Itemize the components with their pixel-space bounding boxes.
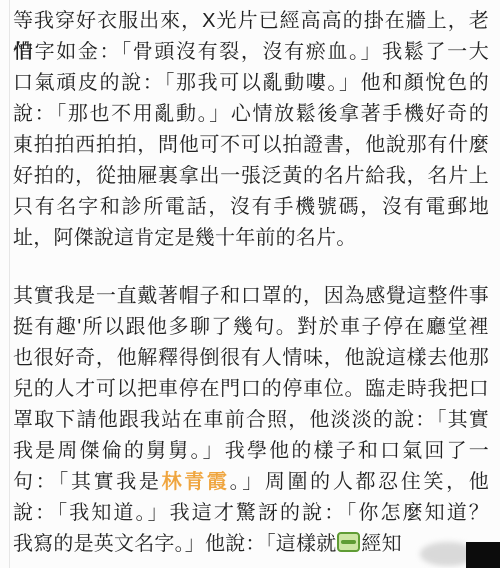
text-segment: 說：「我知道。」我這才驚訝的說：「你怎麼知道？ bbox=[13, 502, 489, 524]
text-line: 惜字如金：「骨頭沒有裂，沒有瘀血。」我鬆了一大 bbox=[13, 37, 489, 68]
text-segment: 我是周傑倫的舅舅。」我學他的樣子和口氣回了一 bbox=[13, 440, 489, 462]
watermark-box bbox=[466, 542, 500, 568]
sticker-band bbox=[341, 540, 356, 544]
text-line: 其實我是一直戴著帽子和口罩的，因為感覺這整件事 bbox=[13, 281, 489, 312]
text-segment: 址，阿傑說這肯定是幾十年前的名片。 bbox=[13, 227, 356, 249]
text-line: 東拍拍西拍拍，問他可不可以拍證書，他說那有什麼 bbox=[13, 130, 489, 161]
green-sticker-icon bbox=[337, 532, 360, 552]
text-segment: 說：「那也不用亂動。」心情放鬆後拿著手機好奇的 bbox=[13, 103, 489, 125]
paragraph-1: 等我穿好衣服出來，X光片已經高高的掛在牆上，老伯惜字如金：「骨頭沒有裂，沒有瘀血… bbox=[13, 6, 489, 254]
paragraph-2: 其實我是一直戴著帽子和口罩的，因為感覺這整件事挺有趣'所以跟他多聊了幾句。對於車… bbox=[13, 281, 489, 560]
text-line: 句：「其實我是林青霞。」周圍的人都忍住笑，他 bbox=[13, 467, 489, 498]
text-segment: 罩取下請他跟我站在車前合照，他淡淡的說：「其實 bbox=[13, 409, 489, 431]
text-line: 好拍的，從抽屜裏拿出一張泛黃的名片給我，名片上 bbox=[13, 161, 489, 192]
text-line: 罩取下請他跟我站在車前合照，他淡淡的說：「其實 bbox=[13, 405, 489, 436]
text-line: 說：「那也不用亂動。」心情放鬆後拿著手機好奇的 bbox=[13, 99, 489, 130]
text-line: 挺有趣'所以跟他多聊了幾句。對於車子停在廳堂裡 bbox=[13, 312, 489, 343]
text-segment: 只有名字和診所電話，沒有手機號碼，沒有電郵地 bbox=[13, 196, 489, 218]
text-segment: 也很好奇，他解釋得倒很有人情味，他說這樣去他那 bbox=[13, 347, 489, 369]
text-line: 等我穿好衣服出來，X光片已經高高的掛在牆上，老伯 bbox=[13, 6, 489, 37]
text-segment: 經知 bbox=[361, 533, 401, 555]
text-line: 我寫的是英文名字。」他說：「這樣就經知 bbox=[13, 529, 489, 560]
text-line: 兒的人才可以把車停在門口的停車位。臨走時我把口 bbox=[13, 374, 489, 405]
text-line: 址，阿傑說這肯定是幾十年前的名片。 bbox=[13, 223, 489, 254]
article-body: 等我穿好衣服出來，X光片已經高高的掛在牆上，老伯惜字如金：「骨頭沒有裂，沒有瘀血… bbox=[0, 6, 500, 560]
text-line: 也很好奇，他解釋得倒很有人情味，他說這樣去他那 bbox=[13, 343, 489, 374]
text-line: 說：「我知道。」我這才驚訝的說：「你怎麼知道？ bbox=[13, 498, 489, 529]
keyword-highlight: 林青霞 bbox=[162, 471, 230, 493]
text-segment: 。」周圍的人都忍住笑，他 bbox=[230, 471, 489, 493]
text-segment: 東拍拍西拍拍，問他可不可以拍證書，他說那有什麼 bbox=[13, 134, 489, 156]
text-segment: 挺有趣'所以跟他多聊了幾句。對於車子停在廳堂裡 bbox=[13, 316, 489, 338]
text-segment: 惜字如金：「骨頭沒有裂，沒有瘀血。」我鬆了一大 bbox=[13, 41, 489, 63]
text-line: 只有名字和診所電話，沒有手機號碼，沒有電郵地 bbox=[13, 192, 489, 223]
text-segment: 兒的人才可以把車停在門口的停車位。臨走時我把口 bbox=[13, 378, 489, 400]
text-line: 我是周傑倫的舅舅。」我學他的樣子和口氣回了一 bbox=[13, 436, 489, 467]
text-segment: 口氣頑皮的說：「那我可以亂動嘍。」他和顏悅色的 bbox=[13, 72, 489, 94]
text-line: 口氣頑皮的說：「那我可以亂動嘍。」他和顏悅色的 bbox=[13, 68, 489, 99]
text-segment: 好拍的，從抽屜裏拿出一張泛黃的名片給我，名片上 bbox=[13, 165, 489, 187]
text-segment: 句：「其實我是 bbox=[13, 471, 162, 493]
text-segment: 我寫的是英文名字。」他說：「這樣就 bbox=[13, 533, 336, 555]
text-segment: 其實我是一直戴著帽子和口罩的，因為感覺這整件事 bbox=[13, 285, 489, 307]
